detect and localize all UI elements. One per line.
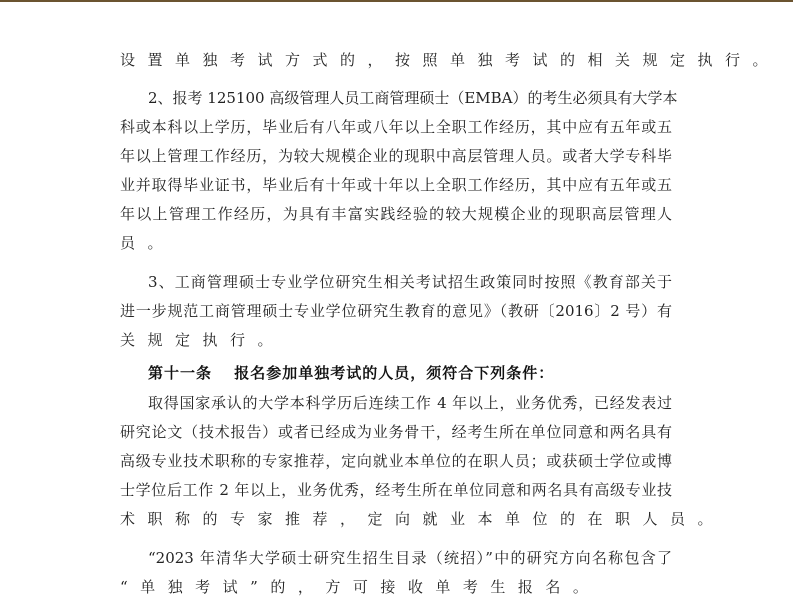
text-line: 员。 (120, 233, 672, 253)
text-line: 3、工商管理硕士专业学位研究生相关考试招生政策同时按照《教育部关于 (120, 272, 672, 292)
text-line: 2、报考 125100 高级管理人员工商管理硕士（EMBA）的考生必须具有大学本 (120, 88, 672, 108)
text-line: “单独考试”的，方可接收单考生报名。 (120, 577, 672, 597)
text-line: 年以上管理工作经历，为具有丰富实践经验的较大规模企业的现职高层管理人 (120, 204, 672, 224)
text-line: 进一步规范工商管理硕士专业学位研究生教育的意见》（教研〔2016〕2 号）有 (120, 301, 672, 321)
text-line: 高级专业技术职称的专家推荐，定向就业本单位的在职人员；或获硕士学位或博 (120, 451, 672, 471)
text-line: 业并取得毕业证书，毕业后有十年或十年以上全职工作经历，其中应有五年或五 (120, 175, 672, 195)
text-line: 设置单独考试方式的，按照单独考试的相关规定执行。 (120, 50, 672, 70)
text-line: “2023 年清华大学硕士研究生招生目录（统招）”中的研究方向名称包含了 (120, 548, 672, 568)
top-border-bar (0, 0, 793, 2)
text-line: 取得国家承认的大学本科学历后连续工作 4 年以上，业务优秀，已经发表过 (120, 393, 672, 413)
text-line: 关规定执行。 (120, 330, 672, 350)
text-line: 研究论文（技术报告）或者已经成为业务骨干，经考生所在单位同意和两名具有 (120, 422, 672, 442)
text-line: 术职称的专家推荐，定向就业本单位的在职人员。 (120, 509, 672, 529)
article-heading: 第十一条 报名参加单独考试的人员，须符合下列条件： (120, 363, 554, 383)
text-line: 年以上管理工作经历，为较大规模企业的现职中高层管理人员。或者大学专科毕 (120, 146, 672, 166)
text-line: 科或本科以上学历，毕业后有八年或八年以上全职工作经历，其中应有五年或五 (120, 117, 672, 137)
text-line: 士学位后工作 2 年以上，业务优秀，经考生所在单位同意和两名具有高级专业技 (120, 480, 672, 500)
